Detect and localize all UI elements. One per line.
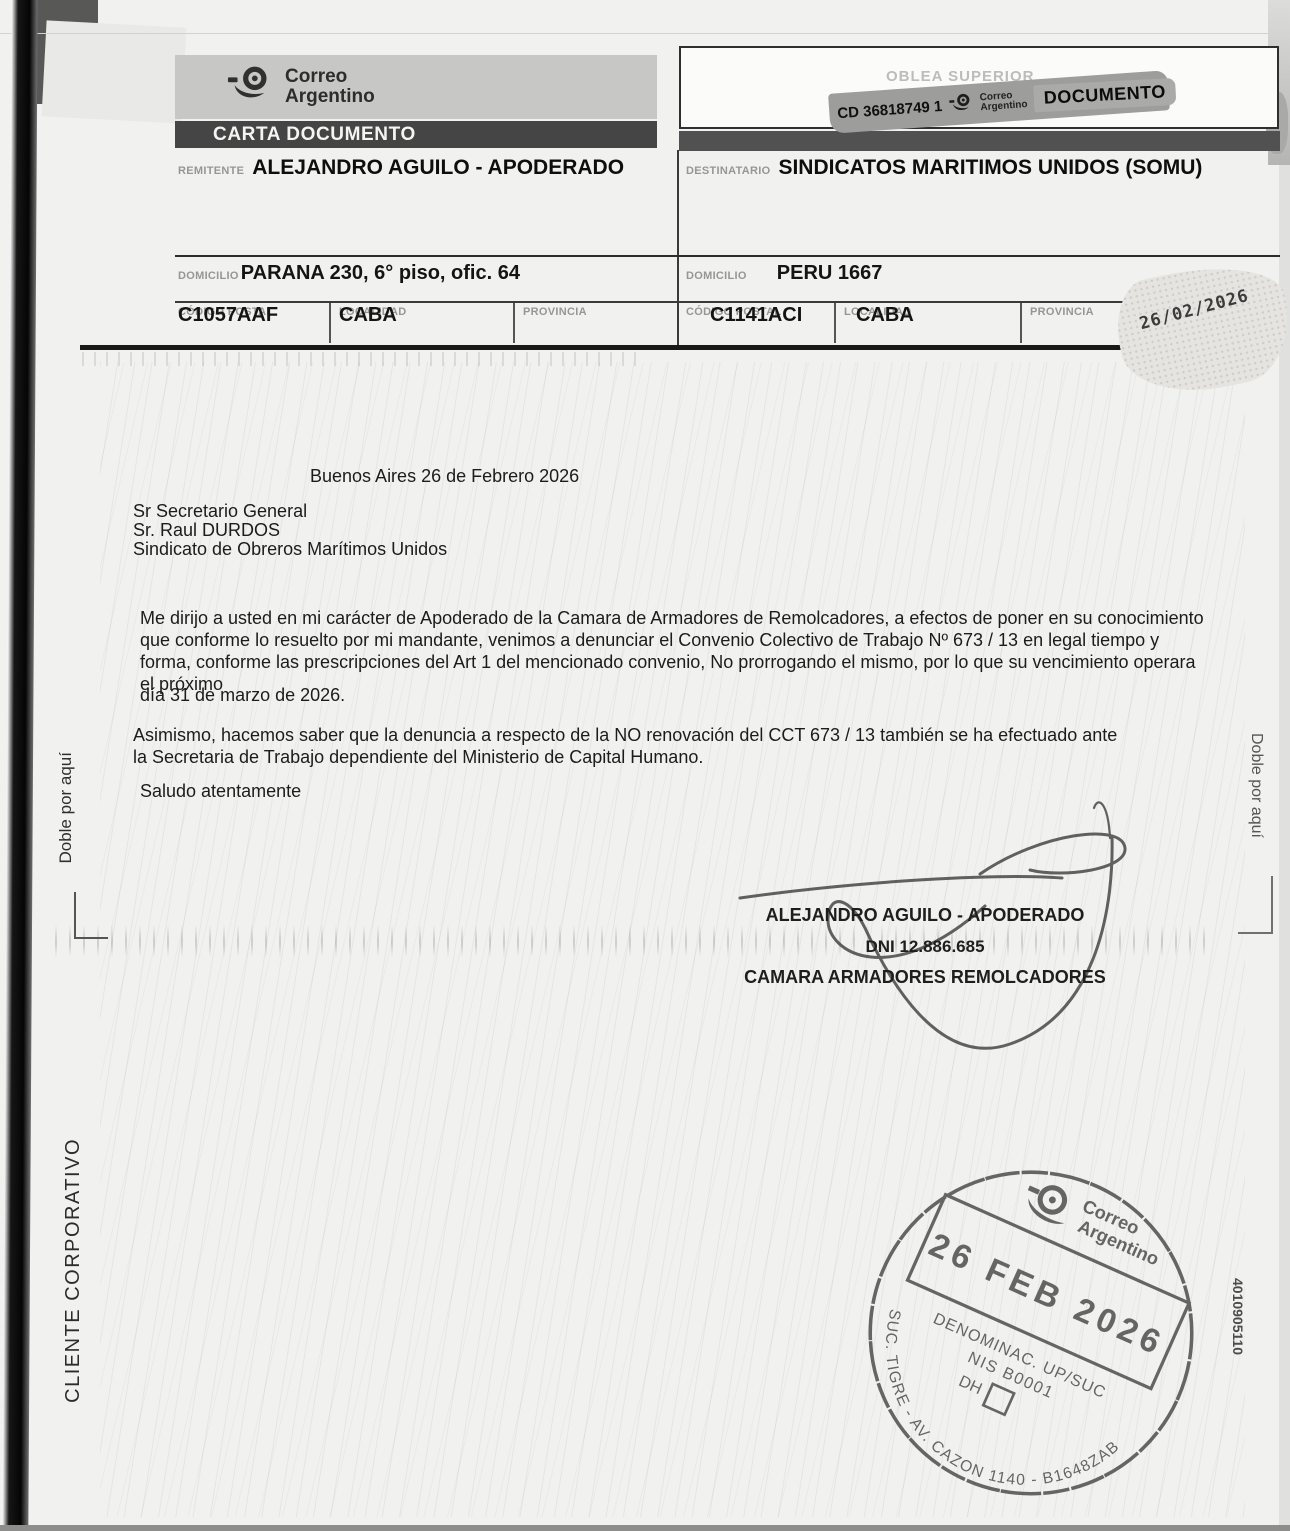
- form-cell-divider: [513, 303, 515, 343]
- signature-name: ALEJANDRO AGUILO - APODERADO: [700, 905, 1150, 926]
- handwritten-signature: [680, 778, 1180, 1078]
- addressee-line: Sindicato de Obreros Marítimos Unidos: [133, 540, 447, 559]
- form-row-line: [175, 301, 1280, 303]
- remitente-domicilio-field: DOMICILIO PARANA 230, 6° piso, ofic. 64: [178, 262, 520, 285]
- fold-hint-right: Doble por aquí: [1247, 733, 1265, 838]
- remitente-value: ALEJANDRO AGUILO - APODERADO: [252, 156, 624, 180]
- localidad-value: CABA: [844, 304, 1009, 327]
- scanned-carta-documento: Correo Argentino CARTA DOCUMENTO OBLEA S…: [0, 0, 1290, 1531]
- form-row-line: [175, 255, 1280, 257]
- scan-edge-line: [0, 33, 1290, 34]
- postmark-stamp: Correo Argentino 26 FEB 2026 DENOMINAC. …: [856, 1160, 1206, 1510]
- date-stamp-paper: [1107, 251, 1290, 406]
- form-cell-divider: [329, 303, 331, 343]
- scan-tick-band: [82, 352, 642, 366]
- cliente-corporativo-label: CLIENTE CORPORATIVO: [62, 1138, 85, 1403]
- sticker-brand: Correo Argentino: [979, 90, 1027, 113]
- documento-label: DOCUMENTO: [1033, 77, 1176, 111]
- scan-bottom-edge: [0, 1525, 1290, 1531]
- destinatario-domicilio-field: DOMICILIO PERU 1667: [686, 262, 882, 285]
- destinatario-field: DESTINATARIO SINDICATOS MARITIMOS UNIDOS…: [686, 156, 1202, 180]
- remitente-field: REMITENTE ALEJANDRO AGUILO - APODERADO: [178, 156, 624, 180]
- scan-right-edge: [1279, 0, 1290, 1531]
- correo-argentino-bird-icon: [948, 92, 974, 118]
- form-column-divider: [677, 150, 679, 345]
- destinatario-localidad-field: LOCALIDAD CABA: [844, 306, 1009, 327]
- remitente-label: REMITENTE: [178, 165, 244, 177]
- carta-documento-title-bar: CARTA DOCUMENTO: [175, 121, 657, 148]
- signature-dni: DNI 12.886.685: [700, 937, 1150, 957]
- domicilio-label: DOMICILIO: [178, 270, 239, 282]
- destinatario-value: SINDICATOS MARITIMOS UNIDOS (SOMU): [778, 156, 1202, 180]
- localidad-value: CABA: [339, 304, 504, 327]
- destinatario-codigo-postal-field: CÓDIGO POSTAL C1141ACI: [686, 306, 831, 327]
- letter-addressee: Sr Secretario General Sr. Raul DURDOS Si…: [133, 502, 447, 559]
- form-cell-divider: [834, 303, 836, 343]
- fold-corner-mark-right: [1238, 876, 1273, 934]
- codigo-postal-value: C1057AAF: [178, 304, 323, 327]
- scan-black-edge: [2, 0, 37, 1531]
- letter-paragraph-2: Asimismo, hacemos saber que la denuncia …: [133, 724, 1118, 768]
- postmark-bird-icon: [1019, 1178, 1076, 1228]
- carta-documento-title: CARTA DOCUMENTO: [213, 124, 416, 146]
- provincia-label: PROVINCIA: [523, 306, 668, 318]
- letter-paragraph-1: Me dirijo a usted en mi carácter de Apod…: [140, 607, 1205, 695]
- postmark-dh-checkbox: [983, 1384, 1014, 1415]
- sticker-brand-line2: Argentino: [980, 99, 1028, 113]
- remitente-codigo-postal-field: CÓDIGO POSTAL C1057AAF: [178, 306, 323, 327]
- letter-closing: Saludo atentamente: [140, 781, 301, 802]
- letter-dateline: Buenos Aires 26 de Febrero 2026: [310, 466, 579, 487]
- serial-number: 4010905110: [1230, 1278, 1246, 1355]
- postmark-dh: DH: [956, 1372, 985, 1398]
- brand-name: Correo Argentino: [285, 67, 375, 107]
- brand-line2: Argentino: [285, 87, 375, 107]
- addressee-line: Sr. Raul DURDOS: [133, 521, 447, 540]
- remitente-localidad-field: LOCALIDAD CABA: [339, 306, 504, 327]
- cd-number: CD 36818749 1: [837, 97, 943, 121]
- fold-corner-mark-left: [74, 892, 108, 939]
- addressee-line: Sr Secretario General: [133, 502, 447, 521]
- scan-paper-corner: [42, 20, 187, 123]
- form-bottom-rule: [80, 345, 1280, 350]
- right-dark-bar: [679, 131, 1280, 151]
- signature-organization: CAMARA ARMADORES REMOLCADORES: [690, 967, 1160, 988]
- correo-argentino-header: Correo Argentino: [175, 55, 657, 119]
- oblea-superior-box: OBLEA SUPERIOR CD 36818749 1 Correo Arge…: [679, 46, 1279, 129]
- domicilio-value: PERU 1667: [777, 262, 883, 285]
- letter-paragraph-1b: día 31 de marzo de 2026.: [140, 685, 345, 706]
- domicilio-label: DOMICILIO: [686, 270, 747, 282]
- destinatario-label: DESTINATARIO: [686, 165, 770, 177]
- domicilio-value: PARANA 230, 6° piso, ofic. 64: [241, 262, 520, 285]
- fold-hint-left: Doble por aquí: [56, 752, 76, 864]
- form-cell-divider: [1020, 303, 1022, 343]
- brand-line1: Correo: [285, 67, 375, 87]
- correo-argentino-bird-icon: [227, 64, 273, 110]
